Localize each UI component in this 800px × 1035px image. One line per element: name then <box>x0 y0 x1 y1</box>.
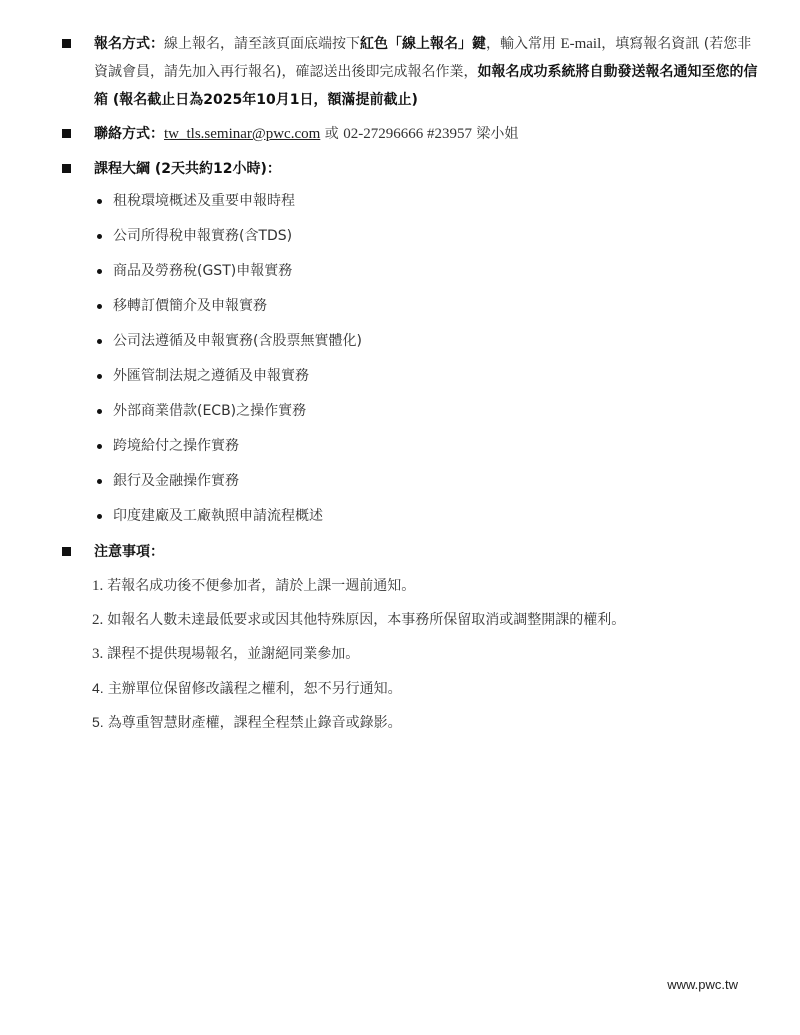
bullet-icon <box>97 514 102 519</box>
online-registration-key: 紅色「線上報名」鍵 <box>360 36 486 52</box>
contact-section: 聯絡方式：tw_tls.seminar@pwc.com 或 02-2729666… <box>62 120 762 148</box>
list-item: 跨境給付之操作實務 <box>97 435 362 470</box>
list-item: 公司法遵循及申報實務(含股票無實體化) <box>97 330 362 365</box>
outline-label: 課程大綱 (2天共約12小時)： <box>94 161 281 177</box>
list-item: 銀行及金融操作實務 <box>97 470 362 505</box>
footer-url: www.pwc.tw <box>667 977 738 992</box>
list-item: 公司所得稅申報實務(含TDS) <box>97 225 362 260</box>
list-item: 5.為尊重智慧財產權，課程全程禁止錄音或錄影。 <box>92 711 625 745</box>
bullet-icon <box>97 374 102 379</box>
bullet-icon <box>97 409 102 414</box>
contact-email-link[interactable]: tw_tls.seminar@pwc.com <box>164 126 320 142</box>
list-item: 租稅環境概述及重要申報時程 <box>97 190 362 225</box>
outline-list: 租稅環境概述及重要申報時程 公司所得稅申報實務(含TDS) 商品及勞務稅(GST… <box>97 190 362 540</box>
notes-label: 注意事項： <box>94 544 164 560</box>
square-bullet-icon <box>62 129 71 138</box>
list-item: 2.如報名人數未達最低要求或因其他特殊原因，本事務所保留取消或調整開課的權利。 <box>92 609 625 643</box>
bullet-icon <box>97 444 102 449</box>
registration-label: 報名方式： <box>94 36 164 52</box>
list-item: 印度建廠及工廠執照申請流程概述 <box>97 505 362 540</box>
bullet-icon <box>97 234 102 239</box>
contact-person: 梁小姐 <box>472 126 518 142</box>
bullet-icon <box>97 304 102 309</box>
contact-phone: 02-27296666 #23957 <box>343 126 472 142</box>
square-bullet-icon <box>62 164 71 173</box>
registration-section: 報名方式：線上報名，請至該頁面底端按下紅色「線上報名」鍵，輸入常用 E-mail… <box>62 30 762 114</box>
bullet-icon <box>97 339 102 344</box>
list-item: 外部商業借款(ECB)之操作實務 <box>97 400 362 435</box>
list-item: 移轉訂價簡介及申報實務 <box>97 295 362 330</box>
list-item: 商品及勞務稅(GST)申報實務 <box>97 260 362 295</box>
notes-list: 1.若報名成功後不便參加者，請於上課一週前通知。 2.如報名人數未達最低要求或因… <box>92 575 625 745</box>
contact-label: 聯絡方式： <box>94 126 164 142</box>
registration-text: 報名方式：線上報名，請至該頁面底端按下紅色「線上報名」鍵，輸入常用 E-mail… <box>94 30 762 114</box>
square-bullet-icon <box>62 547 71 556</box>
bullet-icon <box>97 199 102 204</box>
list-item: 1.若報名成功後不便參加者，請於上課一週前通知。 <box>92 575 625 609</box>
list-item: 3.課程不提供現場報名，並謝絕同業參加。 <box>92 643 625 677</box>
bullet-icon <box>97 269 102 274</box>
list-item: 4.主辦單位保留修改議程之權利，恕不另行通知。 <box>92 677 625 711</box>
bullet-icon <box>97 479 102 484</box>
outline-section: 課程大綱 (2天共約12小時)： <box>62 155 762 183</box>
square-bullet-icon <box>62 39 71 48</box>
notes-section: 注意事項： <box>62 538 762 566</box>
list-item: 外匯管制法規之遵循及申報實務 <box>97 365 362 400</box>
